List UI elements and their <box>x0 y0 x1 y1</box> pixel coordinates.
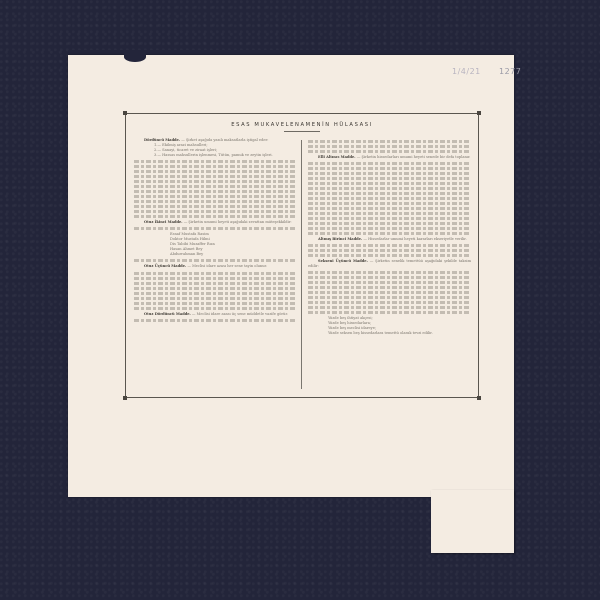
body-text-block <box>134 227 297 230</box>
body-text-block <box>308 271 471 274</box>
body-text-block <box>134 165 297 168</box>
body-text-block <box>308 227 471 230</box>
body-text-block <box>308 306 471 309</box>
body-text-block <box>308 212 471 215</box>
article-paragraph: Altmış Birinci Madde. — Hissedarlar umum… <box>308 237 471 242</box>
document-frame: ESAS MUKAVELENAMENİN HÜLASASI Dördüncü M… <box>125 113 479 398</box>
body-text-block <box>134 287 297 290</box>
body-text-block <box>308 140 471 143</box>
left-column: Dördüncü Madde. — Şirket aşağıda yazılı … <box>134 138 297 324</box>
document-title: ESAS MUKAVELENAMENİN HÜLASASI <box>126 122 478 128</box>
body-text-block <box>308 150 471 153</box>
body-text-block <box>134 292 297 295</box>
body-text-block <box>308 162 471 165</box>
body-text-block <box>308 177 471 180</box>
article-heading: Otuz Üçüncü Madde. <box>144 264 186 268</box>
body-text-block <box>308 192 471 195</box>
body-text-block <box>308 197 471 200</box>
article-paragraph: Otuz Dördüncü Madde. — Meclisi idare aza… <box>134 312 297 317</box>
column-divider <box>301 140 302 389</box>
body-text-block <box>308 182 471 185</box>
founder-name: Abdurrahman Bey <box>134 252 297 257</box>
body-text-block <box>308 207 471 210</box>
body-text-block <box>308 301 471 304</box>
body-text-block <box>308 172 471 175</box>
article-paragraph: Elli Altıncı Madde. — Şirketin hissedarl… <box>308 155 471 160</box>
body-text-block <box>308 217 471 220</box>
body-text-block <box>308 202 471 205</box>
body-text-block <box>134 297 297 300</box>
article-heading: Altmış Birinci Madde. <box>318 237 362 241</box>
frame-corner-ornament <box>477 111 481 115</box>
body-text-block <box>308 291 471 294</box>
body-text-block <box>134 277 297 280</box>
article-heading: Sekseni Üçüncü Madde. <box>318 259 368 263</box>
body-text-block <box>308 187 471 190</box>
body-text-block <box>134 215 297 218</box>
body-text-block <box>134 180 297 183</box>
article-heading: Elli Altıncı Madde. <box>318 155 356 159</box>
body-text-block <box>134 205 297 208</box>
body-text-block <box>134 319 297 322</box>
body-text-block <box>308 232 471 235</box>
pencil-mark-date: 1/4/21 <box>452 67 481 76</box>
body-text-block <box>308 296 471 299</box>
body-text-block <box>134 190 297 193</box>
title-underline <box>284 131 320 132</box>
body-text-block <box>134 302 297 305</box>
body-text-block <box>308 254 471 257</box>
article-paragraph: Otuz İkinci Madde. — Şirketin umumi heye… <box>134 220 297 225</box>
closing-line: Yüzde seksen beş hissedarlara temettü ol… <box>308 331 471 336</box>
body-text-block <box>308 281 471 284</box>
right-column: Elli Altıncı Madde. — Şirketin hissedarl… <box>308 138 471 336</box>
body-text-block <box>134 200 297 203</box>
body-text-block <box>308 249 471 252</box>
body-text-block <box>308 311 471 314</box>
body-text-block <box>308 244 471 247</box>
article-paragraph: Sekseni Üçüncü Madde. — Şirketin senelik… <box>308 259 471 269</box>
body-text-block <box>134 160 297 163</box>
list-item: 3.— Hassas mahsullerin işlenmesi, Tütün,… <box>134 153 297 158</box>
body-text-block <box>134 175 297 178</box>
article-heading: Dördüncü Madde. <box>144 138 180 142</box>
body-text-block <box>308 276 471 279</box>
article-heading: Otuz Dördüncü Madde. <box>144 312 191 316</box>
pencil-mark-number: 1277 <box>499 67 521 76</box>
body-text-block <box>134 170 297 173</box>
body-text-block <box>308 145 471 148</box>
frame-corner-ornament <box>477 396 481 400</box>
body-text-block <box>308 167 471 170</box>
body-text-block <box>134 185 297 188</box>
body-text-block <box>134 195 297 198</box>
frame-corner-ornament <box>123 396 127 400</box>
body-text-block <box>134 210 297 213</box>
body-text-block <box>134 282 297 285</box>
body-text-block <box>134 272 297 275</box>
frame-corner-ornament <box>123 111 127 115</box>
document-sheet-tab <box>431 490 514 553</box>
article-heading: Otuz İkinci Madde. <box>144 220 183 224</box>
body-text-block <box>134 307 297 310</box>
body-text-block <box>134 259 297 262</box>
body-text-block <box>308 222 471 225</box>
article-paragraph: Otuz Üçüncü Madde. — Meclisi idare azası… <box>134 264 297 269</box>
paper-tear-notch <box>124 52 146 62</box>
body-text-block <box>308 286 471 289</box>
